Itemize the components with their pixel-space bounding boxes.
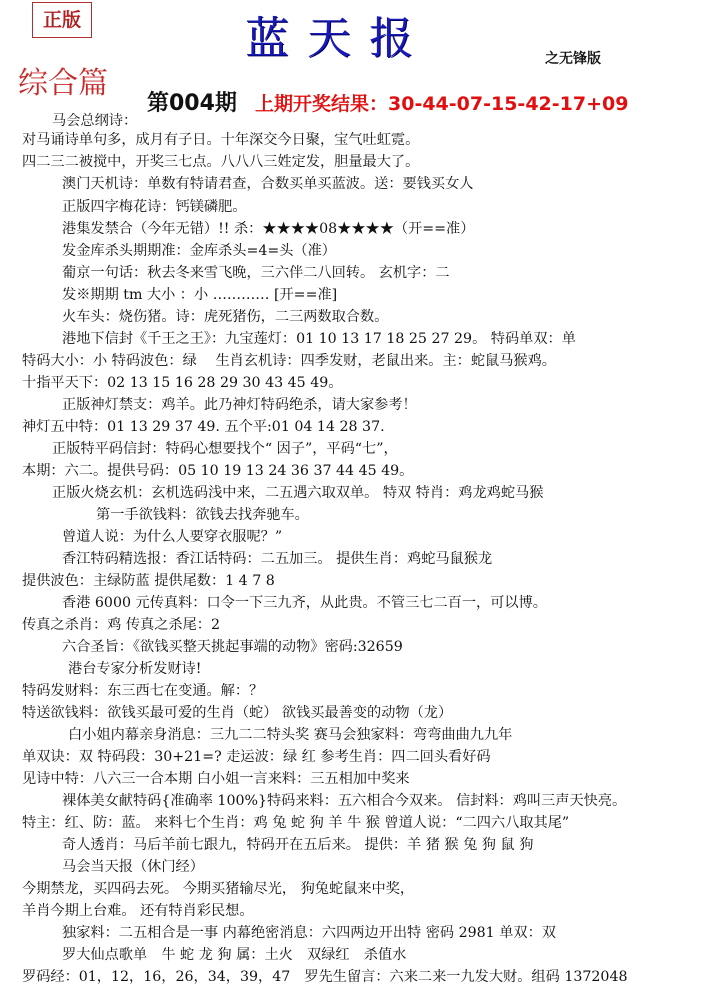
text-line: 火车头：烧伤猪。诗：虎死猪伤，二三两数取合数。 bbox=[62, 307, 388, 327]
text-line: 港地下信封《千王之王》：九宝莲灯：01 10 13 17 18 25 27 29… bbox=[62, 329, 576, 349]
issue-number: 第004期 bbox=[147, 86, 237, 117]
text-line: 羊肖今期上台难。 还有特肖彩民想。 bbox=[22, 901, 254, 921]
text-line: 奇人透肖：马后羊前七跟九，特码开在五后来。 提供：羊 猪 猴 兔 狗 鼠 狗 bbox=[62, 835, 533, 855]
last-draw-result: 上期开奖结果：30-44-07-15-42-17+09 bbox=[255, 89, 628, 116]
text-line: 见诗中特：八六三一合本期 白小姐一言来料：三五相加中奖来 bbox=[22, 769, 410, 789]
text-line: 特送欲钱料：欲钱买最可爱的生肖（蛇） 欲钱买最善变的动物（龙） bbox=[22, 703, 452, 723]
edition-label: 之无锋版 bbox=[545, 48, 601, 68]
text-line: 神灯五中特：01 13 29 37 49. 五个平:01 04 14 28 37… bbox=[22, 417, 385, 437]
text-line: 发金库杀头期期准：金库杀头=4=头（准） bbox=[62, 241, 336, 261]
text-line: 罗码经：01，12，16，26，34，39，47 罗先生留言：六来二来一九发大财… bbox=[22, 967, 628, 987]
text-line: 罗大仙点歌单 牛 蛇 龙 狗 属：土火 双绿红 杀值水 bbox=[62, 945, 406, 965]
text-line: 独家料：二五相合是一事 内幕绝密消息：六四两边开出特 密码 2981 单双：双 bbox=[62, 923, 556, 943]
text-line: 香江特码精选报：香江话特码：二五加三。 提供生肖：鸡蛇马鼠猴龙 bbox=[62, 549, 492, 569]
text-line: 正版特平码信封：特码心想要找个“ 因子”，平码“七”， bbox=[52, 439, 398, 459]
text-line: 香港 6000 元传真料：口令一下三九齐，从此贵。不管三七二百一，可以博。 bbox=[62, 593, 547, 613]
authentic-edition-badge: 正版 bbox=[32, 2, 92, 38]
text-line: 港台专家分析发财诗! bbox=[68, 659, 201, 679]
text-line: 马会当天报（休门经） bbox=[62, 857, 204, 877]
text-line: 曾道人说：为什么人要穿衣服呢？” bbox=[62, 527, 282, 547]
text-line: 四二三二被搅中，开奖三七点。八八八三姓定发，胆量最大了。 bbox=[22, 152, 419, 172]
text-line: 马会总纲诗： bbox=[52, 111, 137, 131]
text-line: 发※期期 tm 大小 ：小 ………… [开==准] bbox=[62, 285, 337, 305]
text-line: 正版四字梅花诗：钙镁磷肥。 bbox=[62, 197, 246, 217]
text-line: 澳门天机诗：单数有特请君查，合数买单买蓝波。送：要钱买女人 bbox=[62, 174, 473, 194]
newspaper-title: 蓝天报 bbox=[245, 2, 431, 66]
text-line: 提供波色：主绿防蓝 提供尾数：1 4 7 8 bbox=[22, 571, 275, 591]
text-line: 第一手欲钱料：欲钱去找奔驰车。 bbox=[96, 505, 309, 525]
text-line: 正版神灯禁支：鸡羊。此乃神灯特码绝杀，请大家参考！ bbox=[62, 395, 417, 415]
section-title: 综合篇 bbox=[18, 58, 108, 102]
text-line: 六合圣旨：《欲钱买整天挑起事端的动物》密码:32659 bbox=[62, 637, 403, 657]
text-line: 白小姐内幕亲身消息：三九二二特头奖 赛马会独家料：弯弯曲曲九九年 bbox=[68, 725, 512, 745]
text-line: 港集发禁合（今年无错）!! 杀：★★★★08★★★★（开==准） bbox=[62, 219, 474, 239]
text-line: 传真之杀肖：鸡 传真之杀尾：2 bbox=[22, 615, 220, 635]
text-line: 本期：六二。提供号码：05 10 19 13 24 36 37 44 45 49… bbox=[22, 461, 413, 481]
text-line: 葡京一句话：秋去冬来雪飞晚，三六伴二八回转。 玄机字：二 bbox=[62, 263, 450, 283]
text-line: 正版火烧玄机：玄机选码浅中来，二五遇六取双单。 特双 特肖：鸡龙鸡蛇马猴 bbox=[52, 483, 543, 503]
text-line: 裸体美女献特码{准确率 100%}特码来料：五六相合今双来。 信封料：鸡叫三声天… bbox=[62, 791, 626, 811]
text-line: 今期禁龙，买四码去死。 今期买猪输尽光， 狗兔蛇鼠来中奖， bbox=[22, 879, 414, 899]
last-result-numbers: 30-44-07-15-42-17+09 bbox=[388, 93, 628, 115]
text-line: 十指平天下：02 13 15 16 28 29 30 43 45 49。 bbox=[22, 373, 342, 393]
text-line: 对马诵诗单句多，成月有子日。十年深交今日聚，宝气吐虹霓。 bbox=[22, 130, 419, 150]
text-line: 单双诀：双 特码段：30+21=? 走运波：绿 红 参考生肖：四二回头看好码 bbox=[22, 747, 491, 767]
text-line: 特码大小：小 特码波色：绿 生肖玄机诗：四季发财，老鼠出来。主：蛇鼠马猴鸡。 bbox=[22, 351, 556, 371]
last-result-label: 上期开奖结果： bbox=[255, 93, 388, 115]
text-line: 特主：红、防：蓝。 来料七个生肖：鸡 兔 蛇 狗 羊 牛 猴 曾道人说：“二四六… bbox=[22, 813, 569, 833]
text-line: 特码发财料：东三西七在变通。解：？ bbox=[22, 681, 263, 701]
